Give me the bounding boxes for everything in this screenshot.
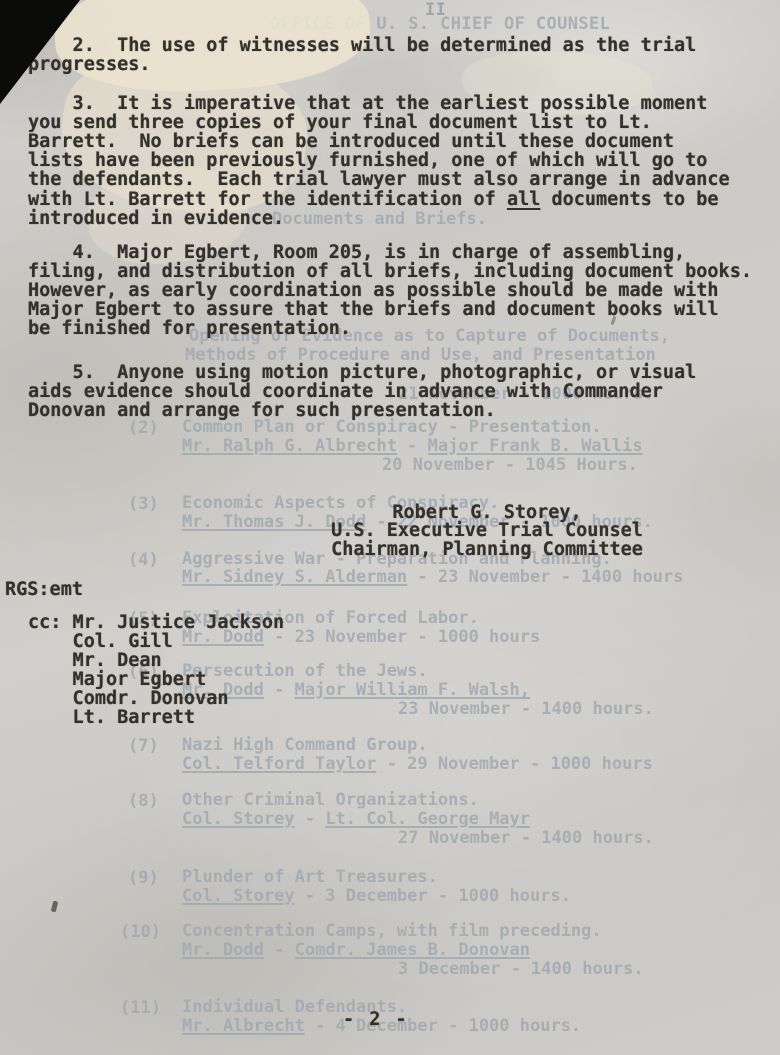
ghost-schedule-item-10-marker: (10) <box>120 923 161 942</box>
scanned-memo-page: II OFFICE OF U. S. CHIEF OF COUNSEL Docu… <box>0 0 780 1055</box>
ghost-name: Col. Storey <box>182 886 295 906</box>
ghost-schedule-item-9-marker: (9) <box>128 869 159 888</box>
ghost-name: Mr. Dodd <box>182 940 264 960</box>
ghost-time: - 23 November - 1400 hours <box>407 567 683 587</box>
ghost-schedule-item-3-marker: (3) <box>128 495 159 514</box>
ghost-schedule-item-7-title: Nazi High Command Group. <box>182 736 428 755</box>
paragraph-3-line-6: with Lt. Barrett for the identification … <box>28 190 719 209</box>
ghost-schedule-item-8-marker: (8) <box>128 792 159 811</box>
reference-initials: RGS:emt <box>5 580 83 599</box>
cc-list: cc: Mr. Justice Jackson Col. Gill Mr. De… <box>28 613 284 728</box>
ghost-schedule-item-4-marker: (4) <box>128 551 159 570</box>
ghost-schedule-item-10-title: Concentration Camps, with film preceding… <box>182 922 602 941</box>
signature-block: Robert G. Storey,U.S. Executive Trial Co… <box>326 504 648 559</box>
ghost-name: Comdr. James B. Donovan <box>295 940 530 960</box>
paragraph-3-line-7: introduced in evidence. <box>28 209 284 228</box>
ghost-name: Major Frank B. Wallis <box>428 436 643 456</box>
ghost-schedule-item-8-title: Other Criminal Organizations. <box>182 791 479 810</box>
ghost-schedule-item-8-time: 27 November - 1400 hours. <box>398 829 654 848</box>
paragraph-3-lines-1-5: 3. It is imperative that at the earliest… <box>28 94 730 189</box>
paragraph-3-line-6-end: documents to be <box>540 189 718 210</box>
ghost-name: Col. Storey <box>182 809 295 829</box>
ghost-schedule-item-9-title: Plunder of Art Treasures. <box>182 868 438 887</box>
ink-speck <box>51 901 59 913</box>
ghost-schedule-item-8-names: Col. Storey - Lt. Col. George Mayr <box>182 810 530 829</box>
ghost-name: Mr. Albrecht <box>182 1016 305 1036</box>
ghost-schedule-item-9-names: Col. Storey - 3 December - 1000 hours. <box>182 887 571 906</box>
page-number: - 2 - <box>343 1010 409 1029</box>
ghost-schedule-item-2-names: Mr. Ralph G. Albrecht - Major Frank B. W… <box>182 437 643 456</box>
ghost-letterhead: OFFICE OF U. S. CHIEF OF COUNSEL <box>270 15 610 34</box>
ghost-schedule-item-11-marker: (11) <box>120 999 161 1018</box>
ghost-name: Lt. Col. George Mayr <box>325 809 530 829</box>
ghost-time: - 3 December - 1000 hours. <box>295 886 571 906</box>
ghost-separator: - <box>397 436 428 456</box>
paragraph-4: 4. Major Egbert, Room 205, is in charge … <box>28 243 752 338</box>
ghost-schedule-item-7-names: Col. Telford Taylor - 29 November - 1000… <box>182 755 653 774</box>
ghost-schedule-item-10-time: 3 December - 1400 hours. <box>398 960 644 979</box>
ghost-time: - 23 November - 1000 hours <box>264 627 540 647</box>
ghost-fragment-documents: Documents and Briefs. <box>272 210 487 229</box>
ghost-name: Col. Telford Taylor <box>182 754 376 774</box>
ghost-separator: - <box>264 940 295 960</box>
ghost-separator: - <box>295 809 326 829</box>
ghost-time: - 29 November - 1000 hours <box>376 754 652 774</box>
ghost-schedule-item-2-time: 20 November - 1045 Hours. <box>382 456 638 475</box>
ghost-name: Major William F. Walsh, <box>295 680 530 700</box>
paragraph-5: 5. Anyone using motion picture, photogra… <box>28 363 696 420</box>
underlined-word-all: all <box>507 189 540 210</box>
ghost-name: Mr. Ralph G. Albrecht <box>182 436 397 456</box>
paragraph-3-line-6-start: with Lt. Barrett for the identification … <box>28 189 507 210</box>
paragraph-2-line-2: progresses. <box>28 55 151 74</box>
ghost-schedule-item-4-names: Mr. Sidney S. Alderman - 23 November - 1… <box>182 568 684 587</box>
ghost-schedule-item-7-marker: (7) <box>128 737 159 756</box>
ghost-schedule-item-6-time: 23 November - 1400 hours. <box>398 700 654 719</box>
signature-title-2: Chairman, Planning Committee <box>331 539 643 560</box>
paragraph-2-line-1: 2. The use of witnesses will be determin… <box>28 36 696 55</box>
ghost-schedule-item-2-marker: (2) <box>128 419 159 438</box>
ghost-schedule-item-10-names: Mr. Dodd - Comdr. James B. Donovan <box>182 941 530 960</box>
ghost-name: Mr. Sidney S. Alderman <box>182 567 407 587</box>
